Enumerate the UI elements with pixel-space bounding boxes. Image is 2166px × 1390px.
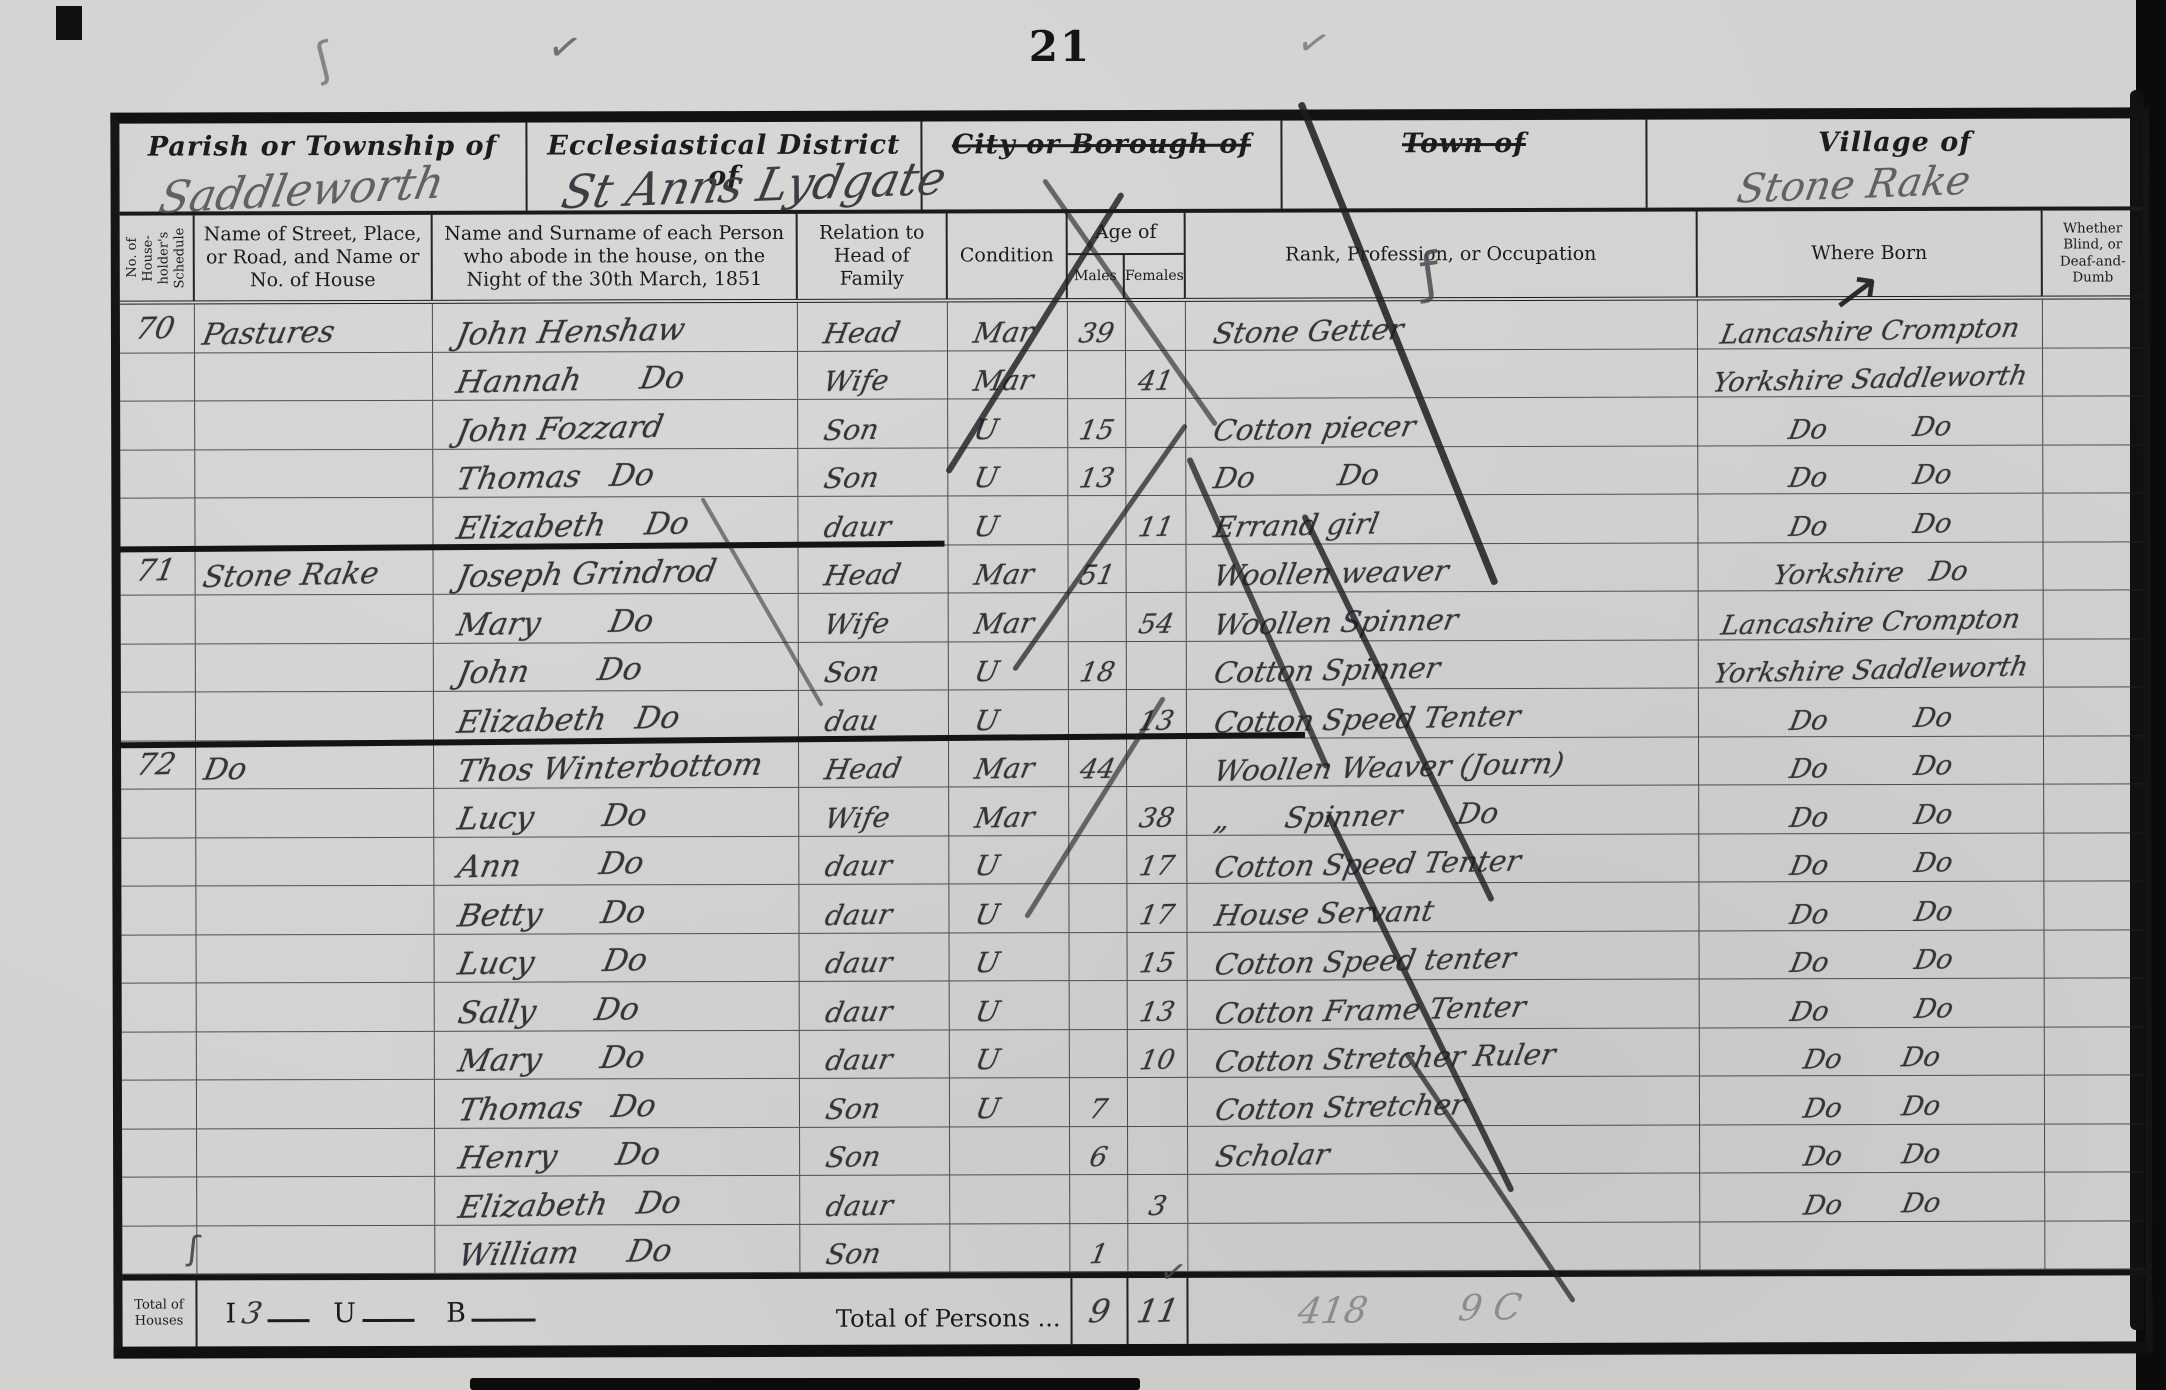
- cond-handwritten: [950, 1268, 976, 1269]
- cell-street: [195, 449, 433, 497]
- f-handwritten: [1128, 1267, 1187, 1268]
- cell-m: [1069, 836, 1127, 884]
- name-handwritten: Joseph Grindrod: [430, 556, 719, 594]
- cell-born: Do Do: [1698, 397, 2043, 445]
- f-handwritten: 3: [1126, 1192, 1190, 1220]
- cell-cond: Mar: [948, 302, 1068, 350]
- born-handwritten: Do Do: [1696, 896, 2047, 931]
- m-handwritten: [1068, 540, 1125, 541]
- cell-born: Do Do: [1698, 494, 2043, 542]
- cell-n: [121, 838, 196, 886]
- occ-handwritten: Cotton Spinner: [1184, 654, 1443, 689]
- rel-handwritten: Wife: [796, 609, 892, 639]
- cell-blind: [2045, 978, 2145, 1026]
- name-handwritten: Mary Do: [431, 1042, 647, 1078]
- cell-blind: [2045, 1124, 2145, 1172]
- cell-street: Stone Rake: [196, 546, 434, 594]
- totals-middle: I 3 U B Total of Persons ...: [197, 1278, 1070, 1346]
- cell-occ: Scholar: [1188, 1125, 1700, 1174]
- born-handwritten: Do Do: [1696, 944, 2047, 979]
- born-handwritten: Do Do: [1697, 1041, 2048, 1076]
- cell-cond: U: [949, 642, 1069, 690]
- rel-handwritten: daur: [797, 900, 895, 930]
- cell-blind: [2043, 445, 2143, 493]
- f-handwritten: 11: [1124, 513, 1188, 541]
- cell-f: 3: [1128, 1175, 1188, 1223]
- cell-blind: [2045, 1221, 2145, 1269]
- occ-handwritten: Cotton Frame Tenter: [1184, 992, 1528, 1029]
- cell-n: [121, 692, 196, 740]
- cell-rel: Son: [798, 448, 948, 496]
- building-underline: [472, 1304, 536, 1321]
- f-handwritten: 15: [1125, 949, 1189, 977]
- cell-m: [1070, 933, 1128, 981]
- cell-f: 38: [1127, 787, 1187, 835]
- cell-rel: daur: [800, 1030, 950, 1078]
- cell-n: [122, 1177, 197, 1225]
- col-males-label: Males: [1068, 255, 1125, 298]
- f-handwritten: [1126, 588, 1185, 589]
- cell-m: 7: [1070, 1078, 1128, 1126]
- cell-name: Thos Winterbottom: [434, 739, 799, 787]
- col-street: Name of Street, Place, or Road, and Name…: [195, 215, 433, 301]
- cell-born: [1700, 1221, 2045, 1269]
- born-handwritten: Do Do: [1697, 1138, 2048, 1173]
- f-handwritten: 38: [1125, 804, 1189, 832]
- cell-rel: daur: [800, 981, 950, 1029]
- cell-f: 10: [1128, 1029, 1188, 1077]
- name-handwritten: Betty Do: [431, 897, 648, 933]
- rel-handwritten: daur: [797, 852, 895, 882]
- cell-name: John Fozzard: [433, 400, 798, 448]
- table-row: Elizabeth DodaurU11Errand girlDo Do: [120, 493, 2143, 547]
- rel-handwritten: daur: [797, 949, 895, 979]
- m-handwritten: 18: [1066, 658, 1128, 686]
- cell-street: [196, 789, 434, 837]
- cell-cond: U: [948, 399, 1068, 447]
- born-handwritten: Do Do: [1695, 459, 2046, 494]
- cell-born: Do Do: [1700, 1124, 2045, 1172]
- cell-n: [120, 450, 195, 498]
- cond-handwritten: U: [947, 1094, 1002, 1123]
- cell-born: Yorkshire Do: [1699, 542, 2044, 590]
- m-handwritten: [1068, 394, 1125, 395]
- f-handwritten: [1126, 346, 1185, 347]
- cell-rel: daur: [800, 933, 950, 981]
- cell-occ: [1188, 1174, 1700, 1223]
- name-handwritten: Lucy Do: [431, 800, 650, 836]
- cond-handwritten: Mar: [946, 754, 1036, 784]
- cell-f: 13: [1128, 981, 1188, 1029]
- m-handwritten: 13: [1066, 464, 1128, 492]
- cell-cond: U: [950, 1078, 1070, 1126]
- cell-born: Do Do: [1699, 736, 2044, 784]
- born-handwritten: Do Do: [1696, 750, 2047, 785]
- m-handwritten: [1069, 879, 1126, 880]
- cell-rel: daur: [799, 884, 949, 932]
- cond-handwritten: Mar: [946, 560, 1036, 590]
- street-handwritten: Stone Rake: [192, 559, 381, 593]
- cell-street: [197, 1031, 435, 1079]
- table-row: Mary DodaurU10Cotton Stretcher RulerDo D…: [122, 1027, 2145, 1081]
- cell-street: [195, 498, 433, 546]
- totals-pencil-cell: 418 9 C: [1188, 1277, 1700, 1344]
- cell-n: [120, 401, 195, 449]
- cell-rel: daur: [798, 496, 948, 544]
- cell-blind: [2044, 590, 2144, 638]
- occ-handwritten: Woollen weaver: [1183, 556, 1451, 591]
- census-scan-page: 21 Parish or Township of Saddleworth Ecc…: [0, 0, 2166, 1390]
- cell-cond: U: [950, 1030, 1070, 1078]
- cell-occ: Cotton Speed Tenter: [1187, 834, 1699, 883]
- cell-occ: Do Do: [1186, 446, 1698, 495]
- cond-handwritten: U: [946, 658, 1001, 687]
- cell-street: Pastures: [195, 304, 433, 352]
- cell-f: [1128, 1126, 1188, 1174]
- col-females-label: Females: [1125, 255, 1184, 298]
- rel-handwritten: Wife: [796, 803, 892, 833]
- column-header-band: No. of House-holder's Schedule Name of S…: [120, 210, 2143, 304]
- cell-occ: Cotton Speed Tenter: [1187, 689, 1699, 738]
- cell-rel: Son: [799, 642, 949, 690]
- name-handwritten: Thomas Do: [432, 1090, 659, 1126]
- cell-blind: [2044, 736, 2144, 784]
- cell-cond: U: [950, 933, 1070, 981]
- table-row: Ann DodaurU17Cotton Speed TenterDo Do: [121, 833, 2144, 887]
- cell-cond: U: [949, 836, 1069, 884]
- scan-edge-bottom: [470, 1378, 1140, 1390]
- street-handwritten: Pastures: [192, 317, 337, 350]
- occ-handwritten: Cotton piecer: [1183, 411, 1418, 445]
- cell-street: [196, 692, 434, 740]
- cell-name: Mary Do: [434, 594, 799, 642]
- cell-m: [1069, 787, 1127, 835]
- f-handwritten: [1126, 491, 1185, 492]
- cell-name: Thomas Do: [435, 1079, 800, 1127]
- inhabited-underline: [267, 1305, 309, 1322]
- f-handwritten: [1127, 782, 1186, 783]
- cell-occ: Cotton Speed tenter: [1188, 931, 1700, 980]
- cell-name: John Do: [434, 642, 799, 690]
- m-handwritten: [1069, 928, 1126, 929]
- f-handwritten: 10: [1125, 1046, 1189, 1074]
- cell-cond: Mar: [949, 545, 1069, 593]
- cell-m: [1068, 496, 1126, 544]
- rel-handwritten: Head: [795, 318, 902, 348]
- cell-f: 15: [1128, 932, 1188, 980]
- n-handwritten: 71: [118, 556, 178, 587]
- name-handwritten: Hannah Do: [430, 363, 687, 400]
- rel-handwritten: Son: [798, 1240, 884, 1270]
- cell-m: 13: [1068, 448, 1126, 496]
- name-handwritten: William Do: [432, 1236, 674, 1273]
- uninhabited-underline: [362, 1304, 414, 1321]
- cell-n: [120, 353, 195, 401]
- cell-blind: [2044, 881, 2144, 929]
- cell-born: Do Do: [1699, 785, 2044, 833]
- cell-occ: Woollen weaver: [1187, 543, 1699, 592]
- cell-street: [195, 401, 433, 449]
- cell-blind: [2044, 784, 2144, 832]
- cell-n: [122, 935, 197, 983]
- cell-name: Hannah Do: [433, 351, 798, 399]
- cell-n: [122, 1129, 197, 1177]
- cell-name: Elizabeth Do: [435, 1176, 800, 1224]
- cell-street: [195, 352, 433, 400]
- col-relation: Relation to Head of Family: [798, 213, 948, 298]
- cell-cond: U: [948, 448, 1068, 496]
- m-handwritten: 44: [1066, 755, 1128, 783]
- occ-handwritten: Cotton Speed Tenter: [1184, 701, 1523, 738]
- name-handwritten: John Do: [430, 654, 644, 690]
- cell-m: 51: [1069, 545, 1127, 593]
- city-box: City or Borough of: [922, 121, 1282, 210]
- cell-born: Do Do: [1700, 1173, 2045, 1221]
- name-handwritten: Henry Do: [432, 1139, 663, 1175]
- cond-handwritten: U: [947, 949, 1002, 978]
- cell-m: 18: [1069, 642, 1127, 690]
- cell-name: Henry Do: [435, 1127, 800, 1175]
- cell-occ: Cotton piecer: [1186, 398, 1698, 447]
- table-row: Elizabeth Dodaur3Do Do: [122, 1172, 2145, 1226]
- cell-rel: Wife: [798, 351, 948, 399]
- cell-rel: daur: [800, 1175, 950, 1223]
- uninhabited-label: U: [333, 1298, 356, 1329]
- name-handwritten: Lucy Do: [431, 945, 650, 981]
- born-handwritten: Do Do: [1696, 799, 2047, 834]
- cell-n: [122, 1226, 197, 1274]
- parish-box: Parish or Township of Saddleworth: [119, 123, 527, 212]
- cell-f: [1126, 447, 1186, 495]
- born-handwritten: Do Do: [1696, 993, 2047, 1028]
- m-handwritten: [1069, 831, 1126, 832]
- cell-n: [121, 644, 196, 692]
- born-handwritten: Do Do: [1696, 702, 2047, 737]
- born-handwritten: Yorkshire Saddleworth: [1695, 362, 2046, 397]
- cell-cond: [950, 1175, 1070, 1223]
- cond-handwritten: U: [946, 464, 1001, 493]
- cell-born: Do Do: [1699, 882, 2044, 930]
- total-persons-label: Total of Persons ...: [836, 1304, 1061, 1333]
- totals-row: Total of Houses I 3 U B Total of Persons…: [122, 1269, 2145, 1346]
- cell-rel: Son: [800, 1078, 950, 1126]
- name-handwritten: Mary Do: [430, 605, 656, 641]
- cell-occ: [1188, 1222, 1700, 1271]
- cell-n: [120, 498, 195, 546]
- cell-m: [1069, 884, 1127, 932]
- m-handwritten: [1069, 637, 1126, 638]
- cell-born: Yorkshire Saddleworth: [1698, 348, 2043, 396]
- cell-street: [197, 1225, 435, 1273]
- name-handwritten: Sally Do: [431, 994, 641, 1030]
- table-row: Mary DoWifeMar54Woollen SpinnerLancashir…: [121, 590, 2144, 644]
- cell-rel: dau: [799, 690, 949, 738]
- table-row: Sally DodaurU13Cotton Frame TenterDo Do: [122, 978, 2145, 1032]
- occ-handwritten: [1186, 394, 1214, 395]
- cell-name: John Henshaw: [433, 303, 798, 351]
- cell-street: [196, 595, 434, 643]
- cell-born: Do Do: [1699, 688, 2044, 736]
- parish-label: Parish or Township of: [119, 123, 525, 163]
- occ-handwritten: House Servant: [1184, 896, 1436, 931]
- town-box: Town of: [1282, 120, 1647, 209]
- village-label: Village of: [1647, 118, 2142, 158]
- cell-m: [1070, 981, 1128, 1029]
- cond-handwritten: U: [947, 900, 1002, 929]
- rel-handwritten: Son: [796, 464, 882, 494]
- f-handwritten: [1128, 1170, 1187, 1171]
- cell-cond: [950, 1127, 1070, 1175]
- table-row: Henry DoSon6ScholarDo Do: [122, 1124, 2145, 1178]
- rel-handwritten: Head: [796, 561, 903, 591]
- city-label-struck: City or Borough of: [922, 121, 1280, 161]
- born-handwritten: Yorkshire Do: [1695, 556, 2046, 591]
- table-row: Betty DodaurU17House ServantDo Do: [121, 881, 2144, 935]
- cell-n: [121, 789, 196, 837]
- cell-occ: Cotton Spinner: [1187, 640, 1699, 689]
- cell-f: [1126, 399, 1186, 447]
- cell-f: 11: [1126, 496, 1186, 544]
- occ-handwritten: Do Do: [1183, 460, 1382, 494]
- cell-name: Betty Do: [434, 885, 799, 933]
- name-handwritten: Thomas Do: [430, 460, 657, 496]
- place-header-band: Parish or Township of Saddleworth Eccles…: [119, 118, 2142, 215]
- occ-handwritten: Cotton Speed tenter: [1184, 944, 1518, 981]
- page-number: 21: [0, 22, 2120, 71]
- born-handwritten: Do Do: [1697, 1090, 2048, 1125]
- cond-handwritten: [950, 1171, 976, 1172]
- cell-name: Thomas Do: [433, 448, 798, 496]
- cell-cond: U: [948, 496, 1068, 544]
- cell-cond: U: [949, 884, 1069, 932]
- total-males-cell: 9: [1070, 1278, 1128, 1344]
- cell-street: [197, 1128, 435, 1176]
- cell-occ: Cotton Stretcher Ruler: [1188, 1028, 1700, 1077]
- cell-born: Do Do: [1700, 1027, 2045, 1075]
- rel-handwritten: Son: [796, 658, 882, 688]
- cell-m: [1069, 593, 1127, 641]
- occ-handwritten: Woollen Spinner: [1183, 605, 1460, 640]
- cell-street: [197, 1080, 435, 1128]
- cell-rel: Wife: [799, 787, 949, 835]
- cell-n: [121, 886, 196, 934]
- cell-occ: Cotton Stretcher: [1188, 1077, 1700, 1126]
- cell-cond: U: [950, 981, 1070, 1029]
- cell-m: [1070, 1030, 1128, 1078]
- cell-rel: Head: [799, 739, 949, 787]
- cell-rel: Son: [798, 399, 948, 447]
- district-box: Ecclesiastical District of St Anns Lydga…: [527, 122, 922, 211]
- cell-rel: Wife: [799, 593, 949, 641]
- cond-handwritten: Mar: [945, 318, 1035, 348]
- born-handwritten: Do Do: [1696, 847, 2047, 882]
- m-handwritten: [1070, 1219, 1127, 1220]
- cell-f: 17: [1127, 884, 1187, 932]
- m-handwritten: 15: [1066, 416, 1128, 444]
- cell-name: Sally Do: [435, 982, 800, 1030]
- street-handwritten: Do: [193, 755, 249, 786]
- n-handwritten: 70: [117, 313, 177, 344]
- census-table: Parish or Township of Saddleworth Eccles…: [110, 107, 2152, 1358]
- name-handwritten: Elizabeth Do: [431, 702, 683, 739]
- cell-born: Do Do: [1698, 445, 2043, 493]
- cell-blind: [2044, 542, 2144, 590]
- cell-street: [197, 983, 435, 1031]
- parish-value-handwritten: Saddleworth: [156, 161, 448, 221]
- rel-handwritten: Head: [796, 755, 903, 785]
- f-handwritten: [1127, 685, 1186, 686]
- cell-cond: Mar: [949, 593, 1069, 641]
- col-age-label: Age of: [1068, 213, 1184, 255]
- table-row: Hannah DoWifeMar41Yorkshire Saddleworth: [120, 348, 2143, 402]
- town-label-struck: Town of: [1282, 120, 1645, 160]
- born-handwritten: Lancashire Crompton: [1695, 605, 2046, 640]
- cell-name: Elizabeth Do: [433, 497, 798, 545]
- cell-occ: Woollen Spinner: [1187, 592, 1699, 641]
- name-handwritten: John Fozzard: [430, 411, 666, 447]
- cell-rel: Head: [798, 302, 948, 350]
- cond-handwritten: [950, 1220, 976, 1221]
- occ-handwritten: Cotton Speed Tenter: [1184, 846, 1523, 883]
- name-handwritten: John Henshaw: [429, 314, 687, 351]
- occ-handwritten: [1188, 1219, 1216, 1220]
- cell-born: Do Do: [1700, 930, 2045, 978]
- cond-handwritten: U: [945, 415, 1000, 444]
- name-handwritten: Elizabeth Do: [432, 1187, 684, 1224]
- cell-m: 15: [1068, 399, 1126, 447]
- cell-blind: [2045, 930, 2145, 978]
- cell-m: [1068, 351, 1126, 399]
- occ-handwritten: Stone Getter: [1183, 315, 1406, 349]
- cell-f: 54: [1127, 593, 1187, 641]
- cell-m: 44: [1069, 739, 1127, 787]
- cell-blind: [2044, 833, 2144, 881]
- cond-handwritten: Mar: [946, 609, 1036, 639]
- cell-n: [121, 595, 196, 643]
- cell-occ: Woollen Weaver (Journ): [1187, 737, 1699, 786]
- village-box: Village of Stone Rake: [1647, 118, 2142, 207]
- cond-handwritten: Mar: [946, 803, 1036, 833]
- cell-name: Joseph Grindrod: [434, 545, 799, 593]
- m-handwritten: 1: [1068, 1240, 1130, 1268]
- f-handwritten: 13: [1125, 998, 1189, 1026]
- occ-handwritten: Cotton Stretcher: [1185, 1090, 1468, 1126]
- m-handwritten: [1070, 976, 1127, 977]
- cell-born: Do Do: [1699, 833, 2044, 881]
- m-handwritten: [1070, 1025, 1127, 1026]
- cell-m: [1069, 690, 1127, 738]
- cell-cond: Mar: [948, 351, 1068, 399]
- rel-handwritten: daur: [797, 1046, 895, 1076]
- rel-handwritten: Son: [797, 1094, 883, 1124]
- occ-handwritten: [1188, 1267, 1216, 1268]
- f-handwritten: [1128, 1122, 1187, 1123]
- cell-cond: [950, 1224, 1070, 1272]
- occ-handwritten: Scholar: [1185, 1140, 1332, 1172]
- total-houses-label: Total of Houses: [122, 1280, 197, 1346]
- born-handwritten: Do Do: [1697, 1187, 2048, 1222]
- cell-blind: [2043, 396, 2143, 444]
- rel-handwritten: daur: [797, 1191, 895, 1221]
- cell-f: [1126, 302, 1186, 350]
- cell-born: Do Do: [1700, 1076, 2045, 1124]
- cell-name: Mary Do: [435, 1030, 800, 1078]
- n-handwritten: 72: [118, 750, 178, 781]
- cond-handwritten: U: [946, 512, 1001, 541]
- inhabited-value-handwritten: 3: [239, 1296, 265, 1331]
- m-handwritten: [1069, 734, 1126, 735]
- table-row: Thomas DoSonU13Do DoDo Do: [120, 445, 2143, 499]
